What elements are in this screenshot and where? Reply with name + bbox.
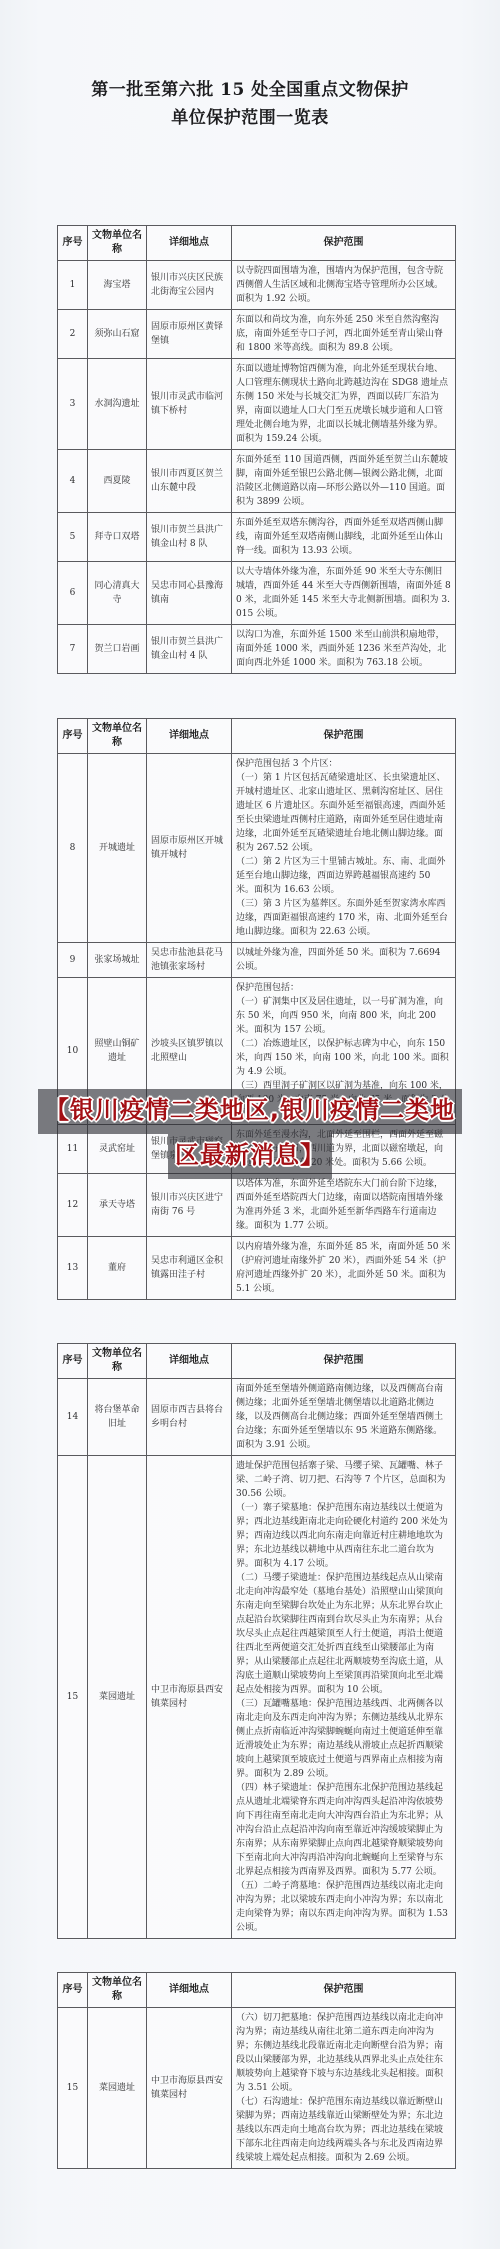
page-title-line2: 单位保护范围一览表 <box>0 104 500 132</box>
cell-serial-number: 9 <box>58 943 88 978</box>
column-header-1: 文物单位名称 <box>88 719 147 754</box>
column-header-3: 保护范围 <box>232 226 456 261</box>
cell-unit-name: 拜寺口双塔 <box>88 513 147 562</box>
table-row: 2须弥山石窟固原市原州区黄铎堡镇东面以和尚坟为准，向东外延 250 米至自然沟壑… <box>58 310 456 359</box>
watermark-line2: 区最新消息】 <box>168 1134 332 1179</box>
cell-protection-scope: 东面以和尚坟为准，向东外延 250 米至自然沟壑沟底，南面外延至寺口子河，西北面… <box>232 310 456 359</box>
cell-protection-scope: 以城址外缘为准，四面外延 50 米。面积为 7.6694 公顷。 <box>232 943 456 978</box>
cell-unit-name: 西夏陵 <box>88 450 147 513</box>
cell-serial-number: 5 <box>58 513 88 562</box>
table: 序号文物单位名称详细地点保护范围1海宝塔银川市兴庆区民族北街海宝公园内以寺院四面… <box>57 225 456 674</box>
protection-table-4: 序号文物单位名称详细地点保护范围15菜园遗址中卫市海原县西安镇菜园村（六）切刀把… <box>57 1972 455 2169</box>
cell-location: 吴忠市利通区金积镇露田洼子村 <box>147 1237 232 1300</box>
cell-unit-name: 同心清真大寺 <box>88 562 147 625</box>
scope-paragraph: 东面外延至双塔东侧沟谷，西面外延至双塔西侧山脚线，南面外延至双塔南侧山脚线，北面… <box>236 516 451 558</box>
column-header-0: 序号 <box>58 719 88 754</box>
cell-serial-number: 1 <box>58 261 88 310</box>
table-row: 8开城遗址固原市原州区开城镇开城村保护范围包括 3 个片区：（一）第 1 片区包… <box>58 754 456 943</box>
cell-location: 银川市贺兰县洪广镇金山村 4 队 <box>147 625 232 674</box>
cell-unit-name: 张家场城址 <box>88 943 147 978</box>
cell-location: 吴忠市同心县豫海镇南 <box>147 562 232 625</box>
table-row: 5拜寺口双塔银川市贺兰县洪广镇金山村 8 队东面外延至双塔东侧沟谷，西面外延至双… <box>58 513 456 562</box>
cell-location: 吴忠市盐池县花马池镇张家场村 <box>147 943 232 978</box>
table-row: 15菜园遗址中卫市海原县西安镇菜园村遗址保护范围包括寨子梁、马缨子梁、瓦罐嘴、林… <box>58 1456 456 1939</box>
cell-protection-scope: 东面以遗址博物馆西侧为准，向北外延至现状台地、人口管理东侧现状土路向北跨越边沟在… <box>232 359 456 450</box>
protection-table-1: 序号文物单位名称详细地点保护范围1海宝塔银川市兴庆区民族北街海宝公园内以寺院四面… <box>57 225 455 674</box>
cell-unit-name: 菜园遗址 <box>88 2008 147 2169</box>
column-header-0: 序号 <box>58 1973 88 2008</box>
cell-unit-name: 将台堡革命旧址 <box>88 1379 147 1456</box>
cell-serial-number: 4 <box>58 450 88 513</box>
cell-location: 银川市兴庆区进宁南街 76 号 <box>147 1174 232 1237</box>
cell-location: 固原市原州区开城镇开城村 <box>147 754 232 943</box>
scope-paragraph: （三）瓦罐嘴墓地：保护范围边基线西、北两侧各以南北走向及东西走向冲沟为界；东侧边… <box>236 1697 451 1781</box>
cell-serial-number: 15 <box>58 1456 88 1939</box>
cell-protection-scope: 以大寺墙体外缘为准，东面外延 90 米至大寺东侧旧城墙，西面外延 44 米至大寺… <box>232 562 456 625</box>
scope-paragraph: （四）林子梁遗址：保护范围东北保护范围边基线起点从遗址北端梁脊东西走向冲沟西头起… <box>236 1781 451 1879</box>
scope-paragraph: 以大寺墙体外缘为准，东面外延 90 米至大寺东侧旧城墙，西面外延 44 米至大寺… <box>236 565 451 621</box>
cell-protection-scope: 南面外延至堡墙外侧道路南侧边缘，以及西侧高台南侧边缘；北面外延至堡墙北侧堡墙以北… <box>232 1379 456 1456</box>
scope-paragraph: （三）第 3 片区为墓葬区。东面外延至贺家湾水库西边缘，西面距福银高速约 170… <box>236 897 451 939</box>
cell-protection-scope: 以寺院四面围墙为准，围墙内为保护范围，包含寺院西侧僧人生活区域和北侧海宝塔寺管理… <box>232 261 456 310</box>
cell-serial-number: 3 <box>58 359 88 450</box>
scope-paragraph: （七）石沟遗址：保护范围东南边基线以靠近断壁山梁脚为界；西南边基线靠近山梁断壁处… <box>236 2095 451 2165</box>
cell-location: 银川市灵武市临河镇下桥村 <box>147 359 232 450</box>
column-header-2: 详细地点 <box>147 719 232 754</box>
cell-protection-scope: 东面外延至 110 国道西侧，西面外延至贺兰山东麓坡脚，南面外延至银巴公路北侧—… <box>232 450 456 513</box>
page-title: 第一批至第六批 15 处全国重点文物保护 单位保护范围一览表 <box>0 76 500 132</box>
cell-protection-scope: 遗址保护范围包括寨子梁、马缨子梁、瓦罐嘴、林子梁、二岭子湾、切刀把、石沟等 7 … <box>232 1456 456 1939</box>
table-row: 9张家场城址吴忠市盐池县花马池镇张家场村以城址外缘为准，四面外延 50 米。面积… <box>58 943 456 978</box>
scope-paragraph: 保护范围包括： <box>236 981 451 995</box>
page-title-line1: 第一批至第六批 15 处全国重点文物保护 <box>0 76 500 104</box>
cell-unit-name: 菜园遗址 <box>88 1456 147 1939</box>
table-row: 14将台堡革命旧址固原市西吉县将台乡明台村南面外延至堡墙外侧道路南侧边缘，以及西… <box>58 1379 456 1456</box>
cell-unit-name: 贺兰口岩画 <box>88 625 147 674</box>
cell-unit-name: 董府 <box>88 1237 147 1300</box>
scope-paragraph: 南面外延至堡墙外侧道路南侧边缘，以及西侧高台南侧边缘；北面外延至堡墙北侧堡墙以北… <box>236 1382 451 1452</box>
cell-serial-number: 6 <box>58 562 88 625</box>
table-row: 15菜园遗址中卫市海原县西安镇菜园村（六）切刀把墓地：保护范围西边基线以南北走向… <box>58 2008 456 2169</box>
cell-serial-number: 13 <box>58 1237 88 1300</box>
table-row: 12承天寺塔银川市兴庆区进宁南街 76 号以塔体为准，东面外延至塔院东大门前台阶… <box>58 1174 456 1237</box>
scope-paragraph: 以沟口为准，东面外延 1500 米至山前洪积扇地带，南面外延 1000 米，西面… <box>236 628 451 670</box>
table-header-row: 序号文物单位名称详细地点保护范围 <box>58 1344 456 1379</box>
cell-protection-scope: 保护范围包括 3 个片区：（一）第 1 片区包括瓦碴梁遗址区、长虫梁遗址区、开城… <box>232 754 456 943</box>
column-header-0: 序号 <box>58 1344 88 1379</box>
table: 序号文物单位名称详细地点保护范围14将台堡革命旧址固原市西吉县将台乡明台村南面外… <box>57 1343 456 1939</box>
table-header-row: 序号文物单位名称详细地点保护范围 <box>58 719 456 754</box>
column-header-1: 文物单位名称 <box>88 226 147 261</box>
cell-location: 银川市贺兰县洪广镇金山村 8 队 <box>147 513 232 562</box>
protection-table-2: 序号文物单位名称详细地点保护范围8开城遗址固原市原州区开城镇开城村保护范围包括 … <box>57 718 455 1300</box>
scope-paragraph: （六）切刀把墓地：保护范围西边基线以南北走向冲沟为界；南边基线从南往北第二道东西… <box>236 2011 451 2095</box>
cell-protection-scope: 以内府墙外缘为准，东面外延 85 米，南面外延 50 米（护府河遗址南缘外扩 2… <box>232 1237 456 1300</box>
cell-unit-name: 开城遗址 <box>88 754 147 943</box>
scope-paragraph: 东面外延至 110 国道西侧，西面外延至贺兰山东麓坡脚，南面外延至银巴公路北侧—… <box>236 453 451 509</box>
column-header-2: 详细地点 <box>147 1344 232 1379</box>
table-row: 7贺兰口岩画银川市贺兰县洪广镇金山村 4 队以沟口为准，东面外延 1500 米至… <box>58 625 456 674</box>
scope-paragraph: 以内府墙外缘为准，东面外延 85 米，南面外延 50 米（护府河遗址南缘外扩 2… <box>236 1240 451 1296</box>
table-header-row: 序号文物单位名称详细地点保护范围 <box>58 1973 456 2008</box>
scope-paragraph: 遗址保护范围包括寨子梁、马缨子梁、瓦罐嘴、林子梁、二岭子湾、切刀把、石沟等 7 … <box>236 1459 451 1501</box>
cell-serial-number: 14 <box>58 1379 88 1456</box>
cell-unit-name: 承天寺塔 <box>88 1174 147 1237</box>
column-header-3: 保护范围 <box>232 1973 456 2008</box>
table: 序号文物单位名称详细地点保护范围8开城遗址固原市原州区开城镇开城村保护范围包括 … <box>57 718 456 1300</box>
cell-unit-name: 水洞沟遗址 <box>88 359 147 450</box>
scope-paragraph: 以寺院四面围墙为准，围墙内为保护范围，包含寺院西侧僧人生活区域和北侧海宝塔寺管理… <box>236 264 451 306</box>
watermark-line1: 【银川疫情二类地区,银川疫情二类地 <box>38 1089 462 1134</box>
cell-location: 银川市兴庆区民族北街海宝公园内 <box>147 261 232 310</box>
scope-paragraph: 东面以和尚坟为准，向东外延 250 米至自然沟壑沟底，南面外延至寺口子河，西北面… <box>236 313 451 355</box>
column-header-2: 详细地点 <box>147 226 232 261</box>
scope-paragraph: （五）二岭子湾墓地：保护范围西边基线以南北走向冲沟为界；北以梁坡东西走向小冲沟为… <box>236 1879 451 1935</box>
cell-location: 固原市原州区黄铎堡镇 <box>147 310 232 359</box>
column-header-1: 文物单位名称 <box>88 1344 147 1379</box>
scope-paragraph: 保护范围包括 3 个片区： <box>236 757 451 771</box>
table-row: 6同心清真大寺吴忠市同心县豫海镇南以大寺墙体外缘为准，东面外延 90 米至大寺东… <box>58 562 456 625</box>
scope-paragraph: （一）寨子梁墓地：保护范围东南边基线以土便道为界；西北边基线距南北走向砼硬化村道… <box>236 1501 451 1571</box>
column-header-3: 保护范围 <box>232 1344 456 1379</box>
column-header-3: 保护范围 <box>232 719 456 754</box>
cell-unit-name: 须弥山石窟 <box>88 310 147 359</box>
watermark-overlay: 【银川疫情二类地区,银川疫情二类地 区最新消息】 <box>0 1089 500 1179</box>
scope-paragraph: 以城址外缘为准，四面外延 50 米。面积为 7.6694 公顷。 <box>236 946 451 974</box>
scope-paragraph: 以塔体为准，东面外延至塔院东大门前台阶下边缘，西面外延至塔院西大门边缘，南面以塔… <box>236 1177 451 1233</box>
table: 序号文物单位名称详细地点保护范围15菜园遗址中卫市海原县西安镇菜园村（六）切刀把… <box>57 1972 456 2169</box>
cell-serial-number: 7 <box>58 625 88 674</box>
scope-paragraph: （一）矿洞集中区及居住遗址，以一号矿洞为准，向东 50 米，向西 950 米，向… <box>236 995 451 1037</box>
table-header-row: 序号文物单位名称详细地点保护范围 <box>58 226 456 261</box>
scope-paragraph: （一）第 1 片区包括瓦碴梁遗址区、长虫梁遗址区、开城村遗址区、北家山遗址区、黑… <box>236 771 451 855</box>
document-page: 第一批至第六批 15 处全国重点文物保护 单位保护范围一览表 序号文物单位名称详… <box>0 0 500 2249</box>
cell-protection-scope: （六）切刀把墓地：保护范围西边基线以南北走向冲沟为界；南边基线从南往北第二道东西… <box>232 2008 456 2169</box>
column-header-0: 序号 <box>58 226 88 261</box>
cell-location: 固原市西吉县将台乡明台村 <box>147 1379 232 1456</box>
column-header-1: 文物单位名称 <box>88 1973 147 2008</box>
scope-paragraph: （二）第 2 片区为三十里铺古城址。东、南、北面外延至台地山脚边缘，西面边界跨越… <box>236 855 451 897</box>
scope-paragraph: 东面以遗址博物馆西侧为准，向北外延至现状台地、人口管理东侧现状土路向北跨越边沟在… <box>236 362 451 446</box>
cell-protection-scope: 以塔体为准，东面外延至塔院东大门前台阶下边缘，西面外延至塔院西大门边缘，南面以塔… <box>232 1174 456 1237</box>
cell-location: 中卫市海原县西安镇菜园村 <box>147 1456 232 1939</box>
cell-protection-scope: 以沟口为准，东面外延 1500 米至山前洪积扇地带，南面外延 1000 米，西面… <box>232 625 456 674</box>
cell-serial-number: 12 <box>58 1174 88 1237</box>
table-row: 4西夏陵银川市西夏区贺兰山东麓中段东面外延至 110 国道西侧，西面外延至贺兰山… <box>58 450 456 513</box>
table-row: 13董府吴忠市利通区金积镇露田洼子村以内府墙外缘为准，东面外延 85 米，南面外… <box>58 1237 456 1300</box>
cell-location: 中卫市海原县西安镇菜园村 <box>147 2008 232 2169</box>
cell-protection-scope: 东面外延至双塔东侧沟谷，西面外延至双塔西侧山脚线，南面外延至双塔南侧山脚线，北面… <box>232 513 456 562</box>
table-row: 1海宝塔银川市兴庆区民族北街海宝公园内以寺院四面围墙为准，围墙内为保护范围，包含… <box>58 261 456 310</box>
scope-paragraph: （二）冶炼遗址区，以保护标志碑为中心，向东 150 米，向西 150 米，向南 … <box>236 1037 451 1079</box>
column-header-2: 详细地点 <box>147 1973 232 2008</box>
cell-unit-name: 海宝塔 <box>88 261 147 310</box>
table-row: 3水洞沟遗址银川市灵武市临河镇下桥村东面以遗址博物馆西侧为准，向北外延至现状台地… <box>58 359 456 450</box>
cell-serial-number: 15 <box>58 2008 88 2169</box>
cell-location: 银川市西夏区贺兰山东麓中段 <box>147 450 232 513</box>
scope-paragraph: （二）马缨子梁遗址：保护范围边基线起点从山梁南北走向冲沟最窄处（墓地台基处）沿照… <box>236 1571 451 1697</box>
protection-table-3: 序号文物单位名称详细地点保护范围14将台堡革命旧址固原市西吉县将台乡明台村南面外… <box>57 1343 455 1939</box>
cell-serial-number: 2 <box>58 310 88 359</box>
cell-serial-number: 8 <box>58 754 88 943</box>
